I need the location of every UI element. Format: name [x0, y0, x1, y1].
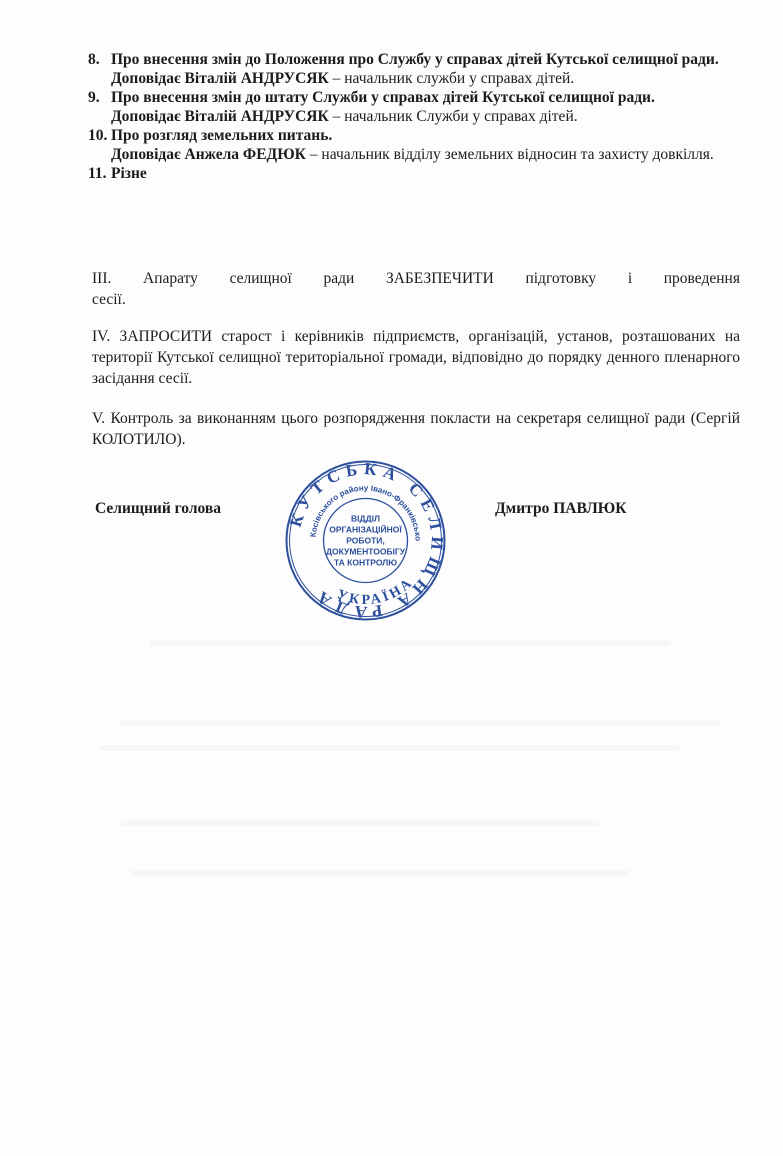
svg-text:РОБОТИ,: РОБОТИ, — [346, 536, 385, 546]
signatory-position: Селищний голова — [95, 500, 221, 518]
agenda-item: 9. Про внесення змін до штату Служби у с… — [88, 88, 758, 126]
svg-text:ТА КОНТРОЛЮ: ТА КОНТРОЛЮ — [334, 558, 397, 568]
agenda-number: 11. — [88, 164, 111, 183]
document-page: 8. Про внесення змін до Положення про Сл… — [0, 0, 783, 1156]
agenda-number: 9. — [88, 88, 111, 126]
reporter-name: Доповідає Анжела ФЕДЮК — [111, 146, 306, 163]
section-iv: IV. ЗАПРОСИТИ старост і керівників підпр… — [92, 326, 740, 389]
word: і — [628, 268, 632, 289]
agenda-list: 8. Про внесення змін до Положення про Сл… — [88, 50, 758, 183]
reporter-role: – начальник служби у справах дітей. — [329, 70, 574, 87]
svg-text:ОРГАНІЗАЦІЙНОЇ: ОРГАНІЗАЦІЙНОЇ — [329, 524, 402, 535]
agenda-title: Про внесення змін до Положення про Служб… — [111, 50, 758, 69]
reporter-name: Доповідає Віталій АНДРУСЯК — [111, 108, 329, 125]
agenda-title: Про внесення змін до штату Служби у спра… — [111, 88, 758, 107]
section-iii-tail: сесії. — [92, 289, 740, 310]
agenda-title: Різне — [111, 164, 758, 183]
section-iii: III.АпаратуселищноїрадиЗАБЕЗПЕЧИТИпідгот… — [92, 268, 740, 310]
official-stamp-icon: КУТСЬКА СЕЛИЩНА РАДА Косівського району … — [283, 458, 448, 623]
signatory-name: Дмитро ПАВЛЮК — [495, 500, 626, 518]
word: III. — [92, 268, 111, 289]
word: селищної — [230, 268, 292, 289]
reporter-role: – начальник Служби у справах дітей. — [329, 108, 578, 125]
section-v: V. Контроль за виконанням цього розпоряд… — [92, 408, 740, 450]
agenda-number: 8. — [88, 50, 111, 88]
svg-text:ВІДДІЛ: ВІДДІЛ — [351, 514, 380, 524]
word: підготовку — [525, 268, 596, 289]
agenda-number: 10. — [88, 126, 111, 164]
word: ЗАБЕЗПЕЧИТИ — [386, 268, 494, 289]
reporter-name: Доповідає Віталій АНДРУСЯК — [111, 70, 329, 87]
word: ради — [323, 268, 354, 289]
svg-text:ДОКУМЕНТООБІГУ: ДОКУМЕНТООБІГУ — [326, 547, 406, 557]
word: проведення — [664, 268, 740, 289]
agenda-item: 8. Про внесення змін до Положення про Сл… — [88, 50, 758, 88]
section-iii-line: III.АпаратуселищноїрадиЗАБЕЗПЕЧИТИпідгот… — [92, 268, 740, 289]
agenda-item: 10. Про розгляд земельних питань. Допові… — [88, 126, 758, 164]
reporter-role: – начальник відділу земельних відносин т… — [306, 146, 714, 163]
agenda-item: 11. Різне — [88, 164, 758, 183]
word: Апарату — [143, 268, 198, 289]
agenda-title: Про розгляд земельних питань. — [111, 126, 758, 145]
